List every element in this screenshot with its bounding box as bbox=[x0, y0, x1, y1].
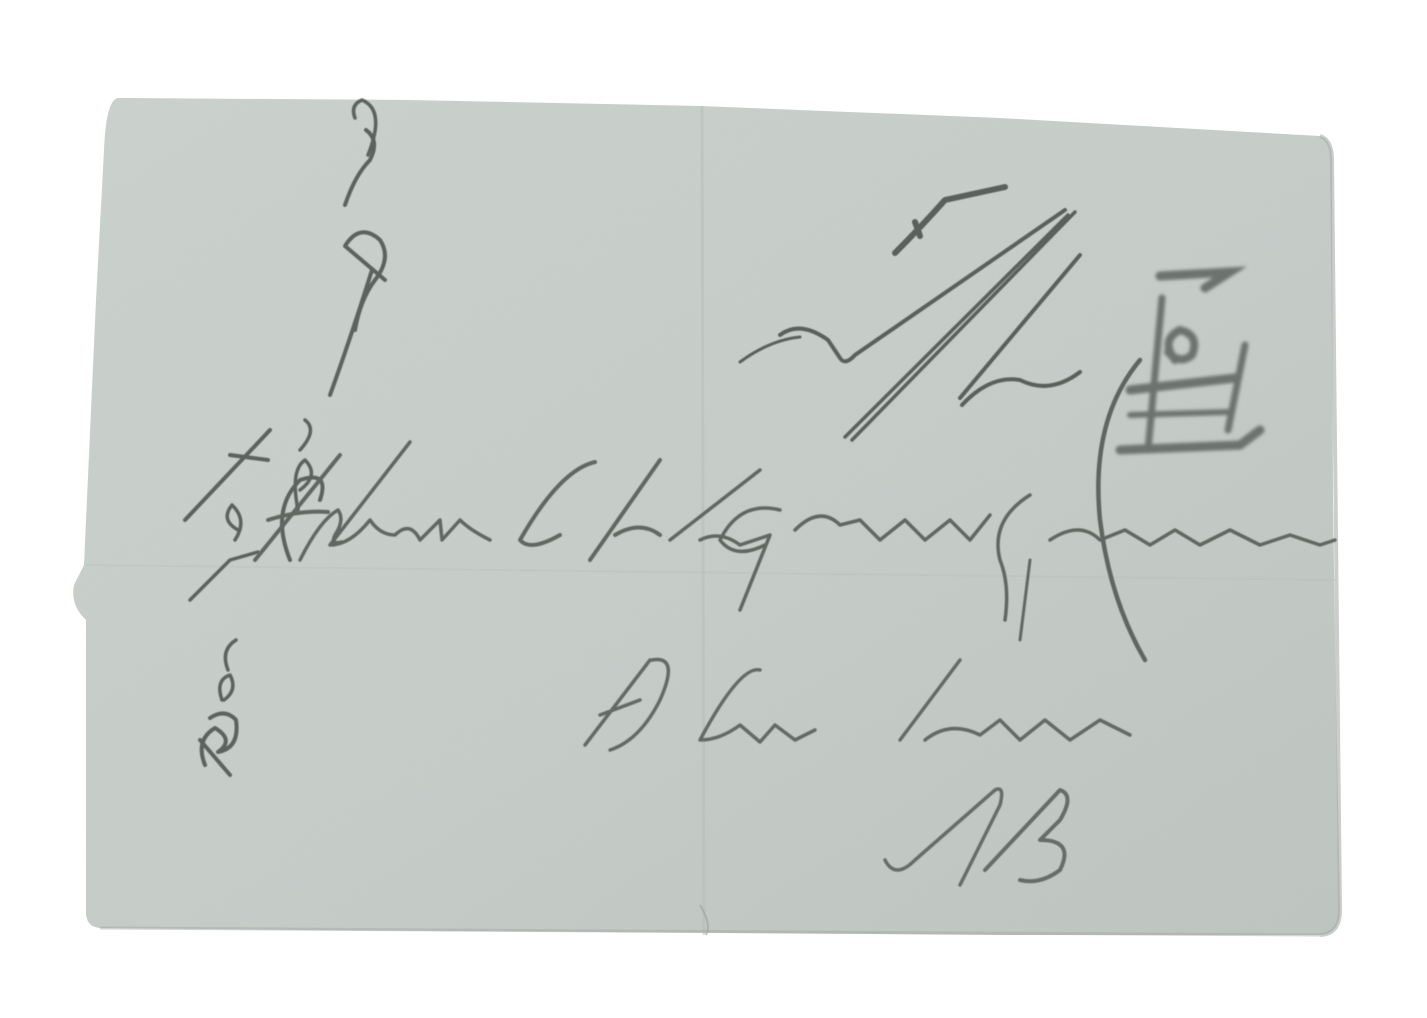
photo-scene: The Lord Chief Commissioner Blair Adam N… bbox=[0, 0, 1427, 1018]
paper-sheet bbox=[73, 98, 1340, 935]
letter-photo bbox=[0, 0, 1427, 1018]
